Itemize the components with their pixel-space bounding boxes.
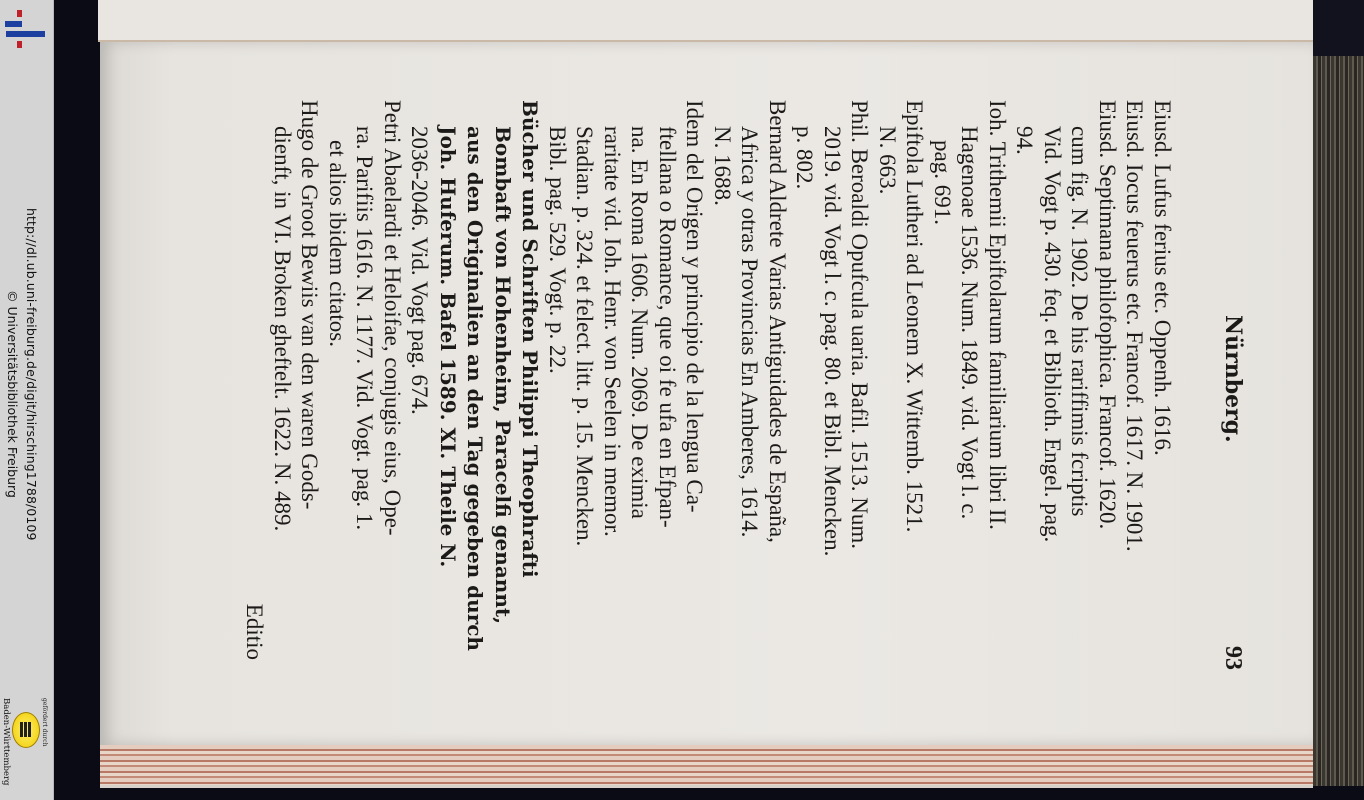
book-fore-edge: [1313, 56, 1364, 786]
scan-background-corner: [1313, 0, 1364, 56]
text-line: Hugo de Groot Bewiis van den waren Gods-: [296, 100, 324, 660]
text-line: 94.: [1011, 100, 1039, 660]
funder-label: gefördert durch: [41, 698, 48, 746]
text-line: Idem del Origen y principio de la lengua…: [681, 100, 709, 660]
text-line: Eiusd. Lufus ferius etc. Oppenh. 1616.: [1149, 100, 1177, 660]
text-line: Hagenoae 1536. Num. 1849. vid. Vogt l. c…: [956, 100, 984, 660]
running-head: Nürnberg.: [1219, 315, 1247, 443]
uni-freiburg-logo-icon[interactable]: [3, 10, 43, 50]
text-line: Vid. Vogt p. 430. feq. et Biblioth. Enge…: [1039, 100, 1067, 660]
text-lines: Eiusd. Lufus ferius etc. Oppenh. 1616.Ei…: [241, 100, 1176, 660]
text-line: ra. Parifiis 1616. N. 1177. Vid. Vogt. p…: [351, 100, 379, 660]
text-line: Africa y otras Provincias En Amberes, 16…: [736, 100, 764, 660]
text-line: Bernard Aldrete Varias Antiguidades de E…: [764, 100, 792, 660]
text-line: ftellana o Romance, que oi fe ufa en Efp…: [654, 100, 682, 660]
text-line: aus den Originalien an den Tag gegeben d…: [461, 100, 489, 660]
text-line: cum fig. N. 1902. De his rariffimis fcri…: [1066, 100, 1094, 660]
text-line: Phil. Beroaldi Opufcula uaria. Bafil. 15…: [846, 100, 874, 660]
facing-page-edge: [98, 0, 1313, 42]
state-seal-icon: [12, 712, 40, 748]
text-line: Editio: [241, 100, 269, 660]
copyright-notice: © Universitätsbibliothek Freiburg: [5, 290, 20, 498]
text-line: Eiusd. Iocus feuerus etc. Francof. 1617.…: [1121, 100, 1149, 660]
funder-name: Baden-Württemberg: [1, 698, 11, 786]
text-line: N. 1688.: [709, 100, 737, 660]
text-line: Petri Abaelardi et Heloifae, conjugis ei…: [379, 100, 407, 660]
text-line: Bombaft von Hohenheim, Paracelfi genannt…: [489, 100, 517, 660]
viewer-sidebar: http://dl.ub.uni-freiburg.de/digit/hirsc…: [0, 0, 54, 800]
text-line: N. 663.: [874, 100, 902, 660]
page-number: 93: [1219, 646, 1247, 670]
text-line: dienft, in VI. Broken gheftelt. 1622. N.…: [269, 100, 297, 660]
text-line: Joh. Huferum. Bafel 1589. XI. Theile N.: [434, 100, 462, 660]
funder-badge: gefördert durch Baden-Württemberg: [0, 690, 53, 800]
text-line: Stadian. p. 324. et felect. litt. p. 15.…: [571, 100, 599, 660]
page-header: Nürnberg. 93: [1216, 100, 1246, 660]
text-line: Bibl. pag. 529. Vogt. p. 22.: [544, 100, 572, 660]
rotated-page-content: Nürnberg. 93 Eiusd. Lufus ferius etc. Op…: [241, 100, 1210, 660]
text-line: 2019. vid. Vogt l. c. pag. 80. et Bibl. …: [819, 100, 847, 660]
text-line: Epiftola Lutheri ad Leonem X. Wittemb. 1…: [901, 100, 929, 660]
page-text-area: Nürnberg. 93 Eiusd. Lufus ferius etc. Op…: [210, 100, 1210, 660]
text-line: Eiusd. Septimana philofophica. Francof. …: [1094, 100, 1122, 660]
text-line: et alios ibidem citatos.: [324, 100, 352, 660]
page-stack-edges: [100, 745, 1313, 788]
text-line: raritate vid. Ioh. Henr. von Seelen in m…: [599, 100, 627, 660]
permalink-url[interactable]: http://dl.ub.uni-freiburg.de/digit/hirsc…: [24, 208, 39, 541]
text-line: Ioh. Trithemii Epiftolarum familiarium l…: [984, 100, 1012, 660]
text-line: Bücher und Schriften Philippi Theophraft…: [516, 100, 544, 660]
text-line: 2036-2046. Vid. Vogt pag. 674.: [406, 100, 434, 660]
text-line: p. 802.: [791, 100, 819, 660]
text-line: na. En Roma 1606. Num. 2069. De eximia: [626, 100, 654, 660]
text-line: pag. 691.: [929, 100, 957, 660]
